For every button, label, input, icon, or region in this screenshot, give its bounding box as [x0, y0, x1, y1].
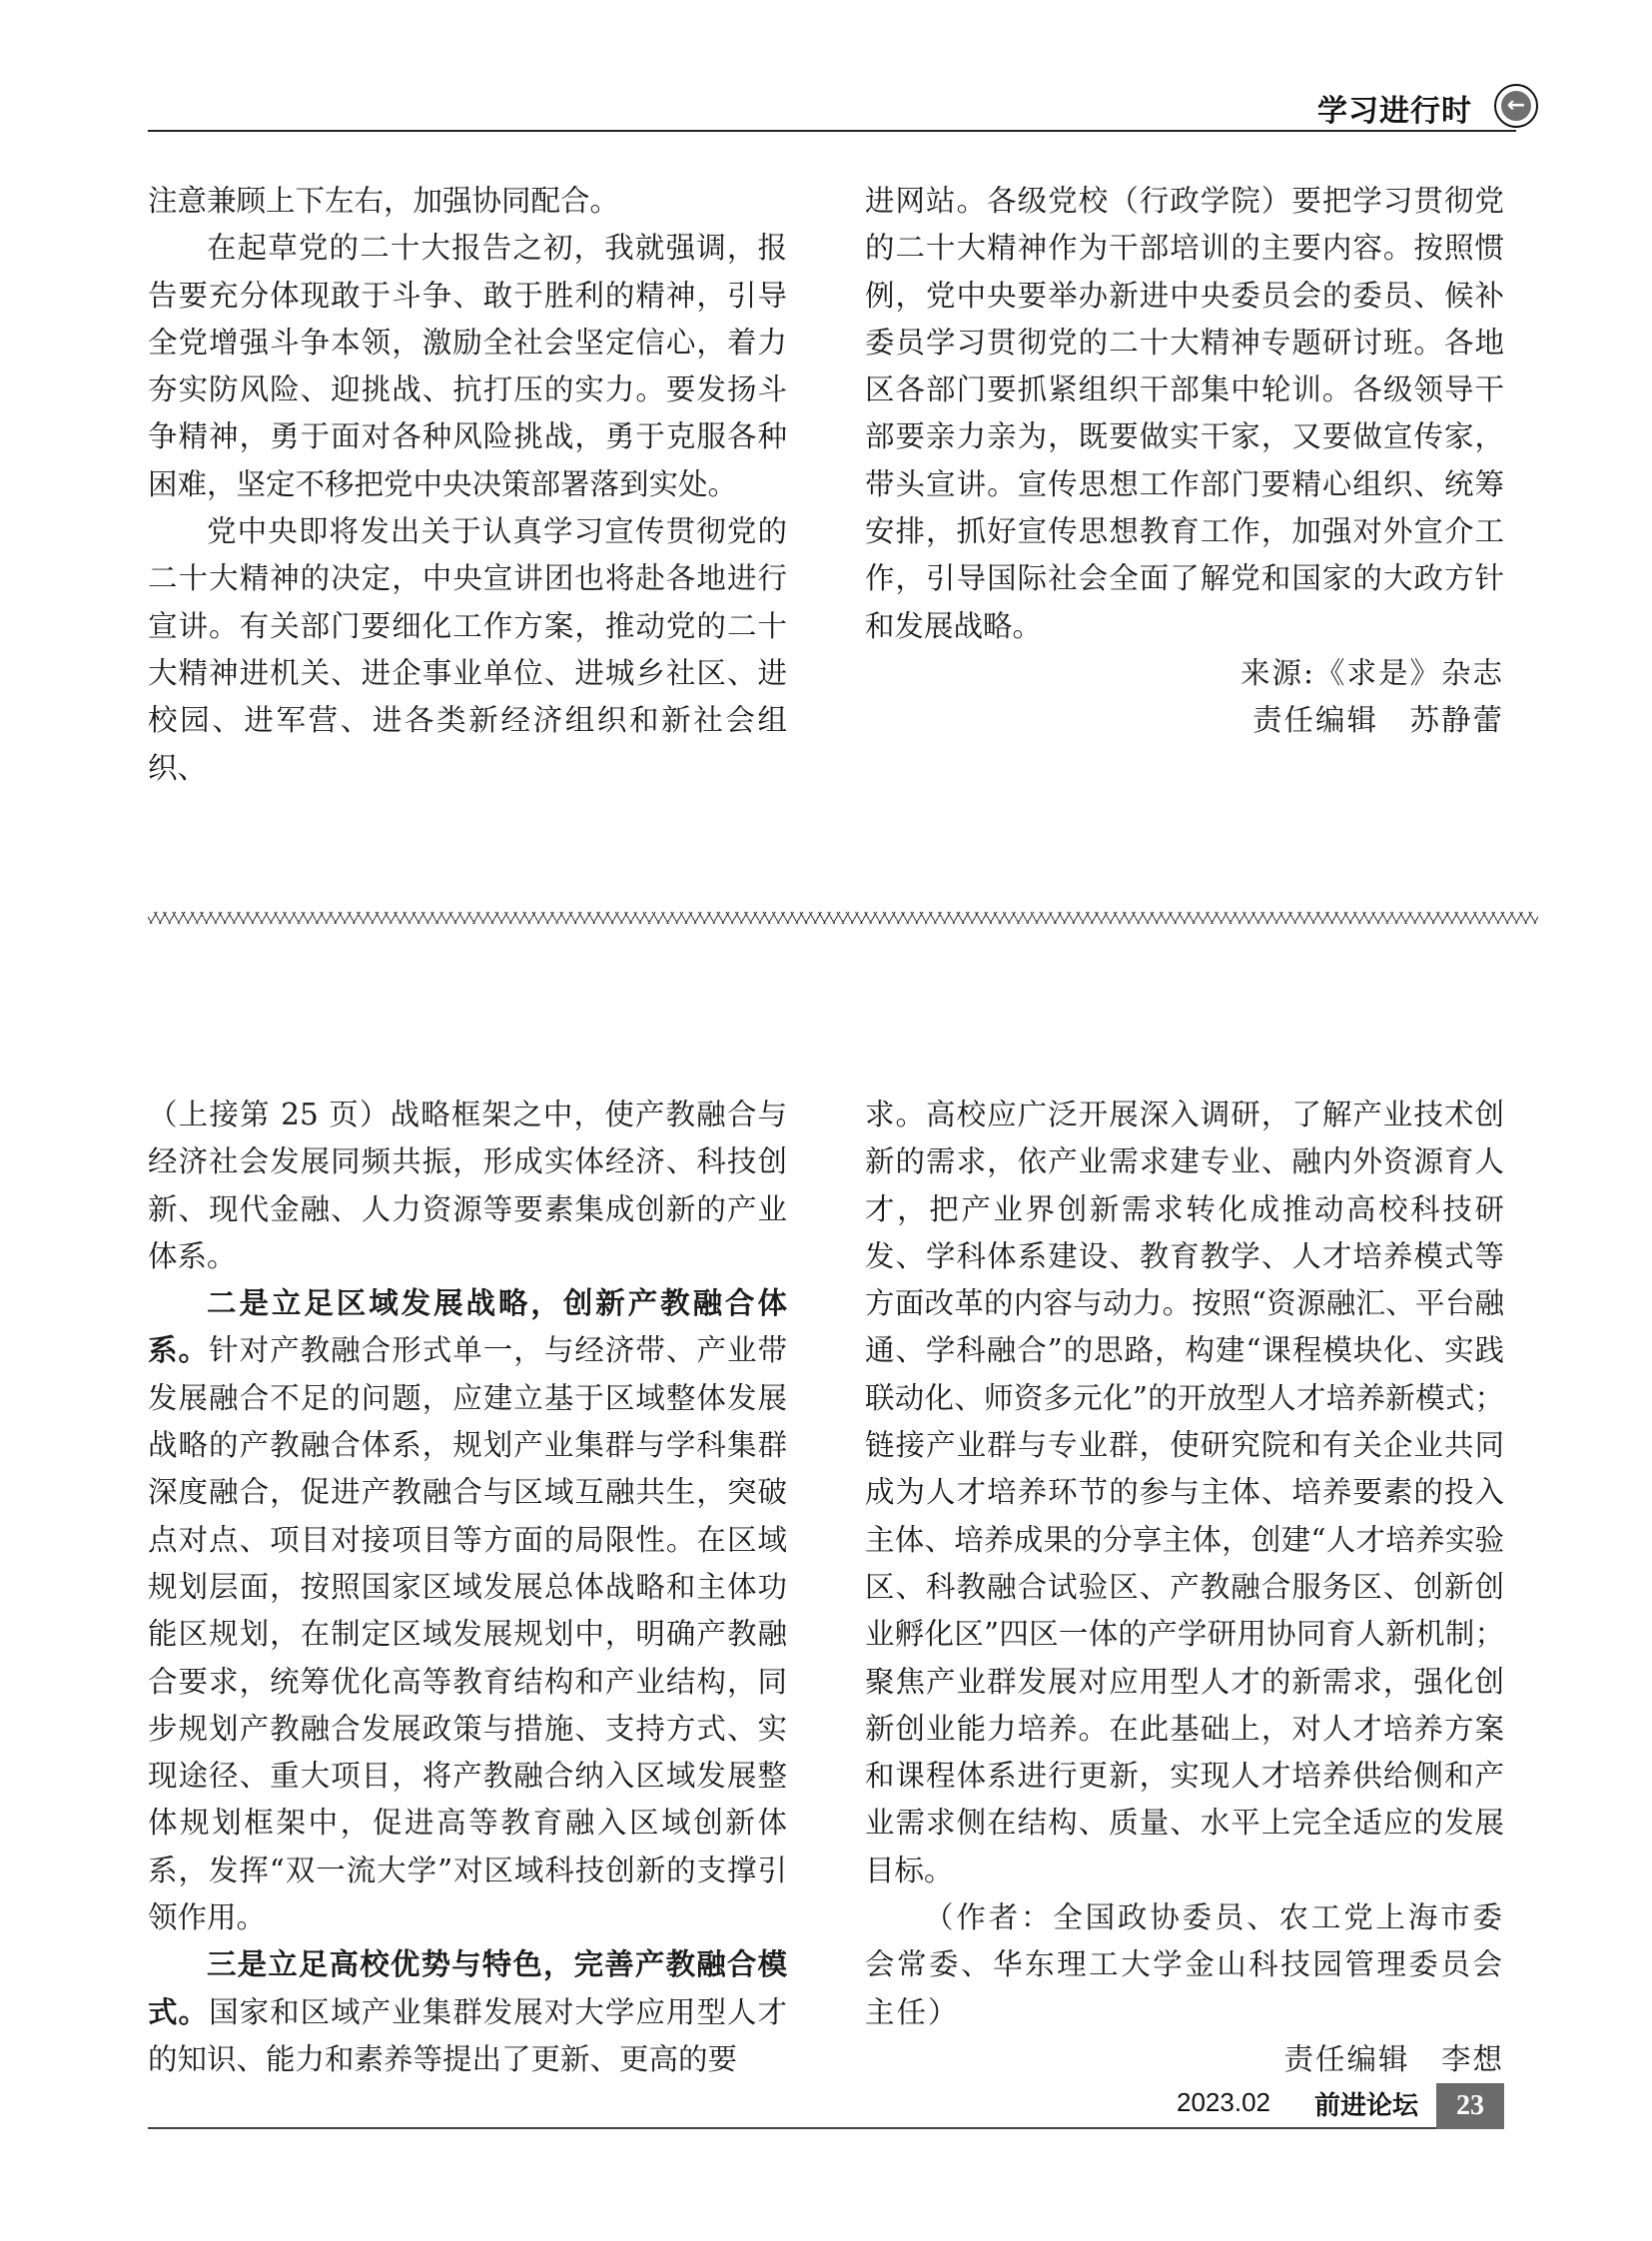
article1-right-column: 进网站。各级党校（行政学院）要把学习贯彻党的二十大精神作为干部培训的主要内容。按…	[865, 178, 1504, 745]
article2-left-column: （上接第 25 页）战略框架之中，使产教融合与经济社会发展同频共振，形成实体经济…	[148, 1092, 787, 2083]
section-divider	[148, 912, 1538, 924]
paragraph: 求。高校应广泛开展深入调研，了解产业技术创新的需求，依产业需求建专业、融内外资源…	[865, 1092, 1504, 1894]
paragraph: 三是立足高校优势与特色，完善产教融合模式。国家和区域产业集群发展对大学应用型人才…	[148, 1941, 787, 2083]
footer-rule	[148, 2127, 1436, 2129]
editor-credit: 责任编辑 苏静蕾	[865, 697, 1504, 744]
issue-date: 2023.02	[1177, 2087, 1270, 2118]
header-rule	[148, 130, 1516, 132]
editor-credit: 责任编辑 李想	[865, 2036, 1504, 2083]
author-note: （作者：全国政协委员、农工党上海市委会常委、华东理工大学金山科技园管理委员会主任…	[865, 1894, 1504, 2036]
paragraph: 党中央即将发出关于认真学习宣传贯彻党的二十大精神的决定，中央宣讲团也将赴各地进行…	[148, 508, 787, 792]
arrow-left-icon: ←	[1501, 91, 1531, 121]
page-header: 学习进行时 ←	[148, 84, 1538, 132]
paragraph: 二是立足区域发展战略，创新产教融合体系。针对产教融合形式单一，与经济带、产业带发…	[148, 1280, 787, 1941]
paragraph-body: 国家和区域产业集群发展对大学应用型人才的知识、能力和素养等提出了更新、更高的要	[148, 1995, 787, 2076]
paragraph-body: 针对产教融合形式单一，与经济带、产业带发展融合不足的问题，应建立基于区域整体发展…	[148, 1333, 787, 1934]
article2-right-column: 求。高校应广泛开展深入调研，了解产业技术创新的需求，依产业需求建专业、融内外资源…	[865, 1092, 1504, 2083]
article1-left-column: 注意兼顾上下左右，加强协同配合。 在起草党的二十大报告之初，我就强调，报告要充分…	[148, 178, 787, 792]
paragraph: （上接第 25 页）战略框架之中，使产教融合与经济社会发展同频共振，形成实体经济…	[148, 1092, 787, 1280]
back-arrow-circle-icon: ←	[1494, 84, 1538, 128]
magazine-name: 前进论坛	[1314, 2085, 1418, 2122]
paragraph: 在起草党的二十大报告之初，我就强调，报告要充分体现敢于斗争、敢于胜利的精神，引导…	[148, 225, 787, 508]
page-number: 23	[1436, 2083, 1504, 2129]
page-footer: 2023.02 前进论坛 23	[148, 2083, 1538, 2133]
paragraph: 注意兼顾上下左右，加强协同配合。	[148, 178, 787, 225]
section-title: 学习进行时	[1317, 86, 1472, 130]
paragraph: 进网站。各级党校（行政学院）要把学习贯彻党的二十大精神作为干部培训的主要内容。按…	[865, 178, 1504, 650]
source-credit: 来源:《求是》杂志	[865, 650, 1504, 697]
